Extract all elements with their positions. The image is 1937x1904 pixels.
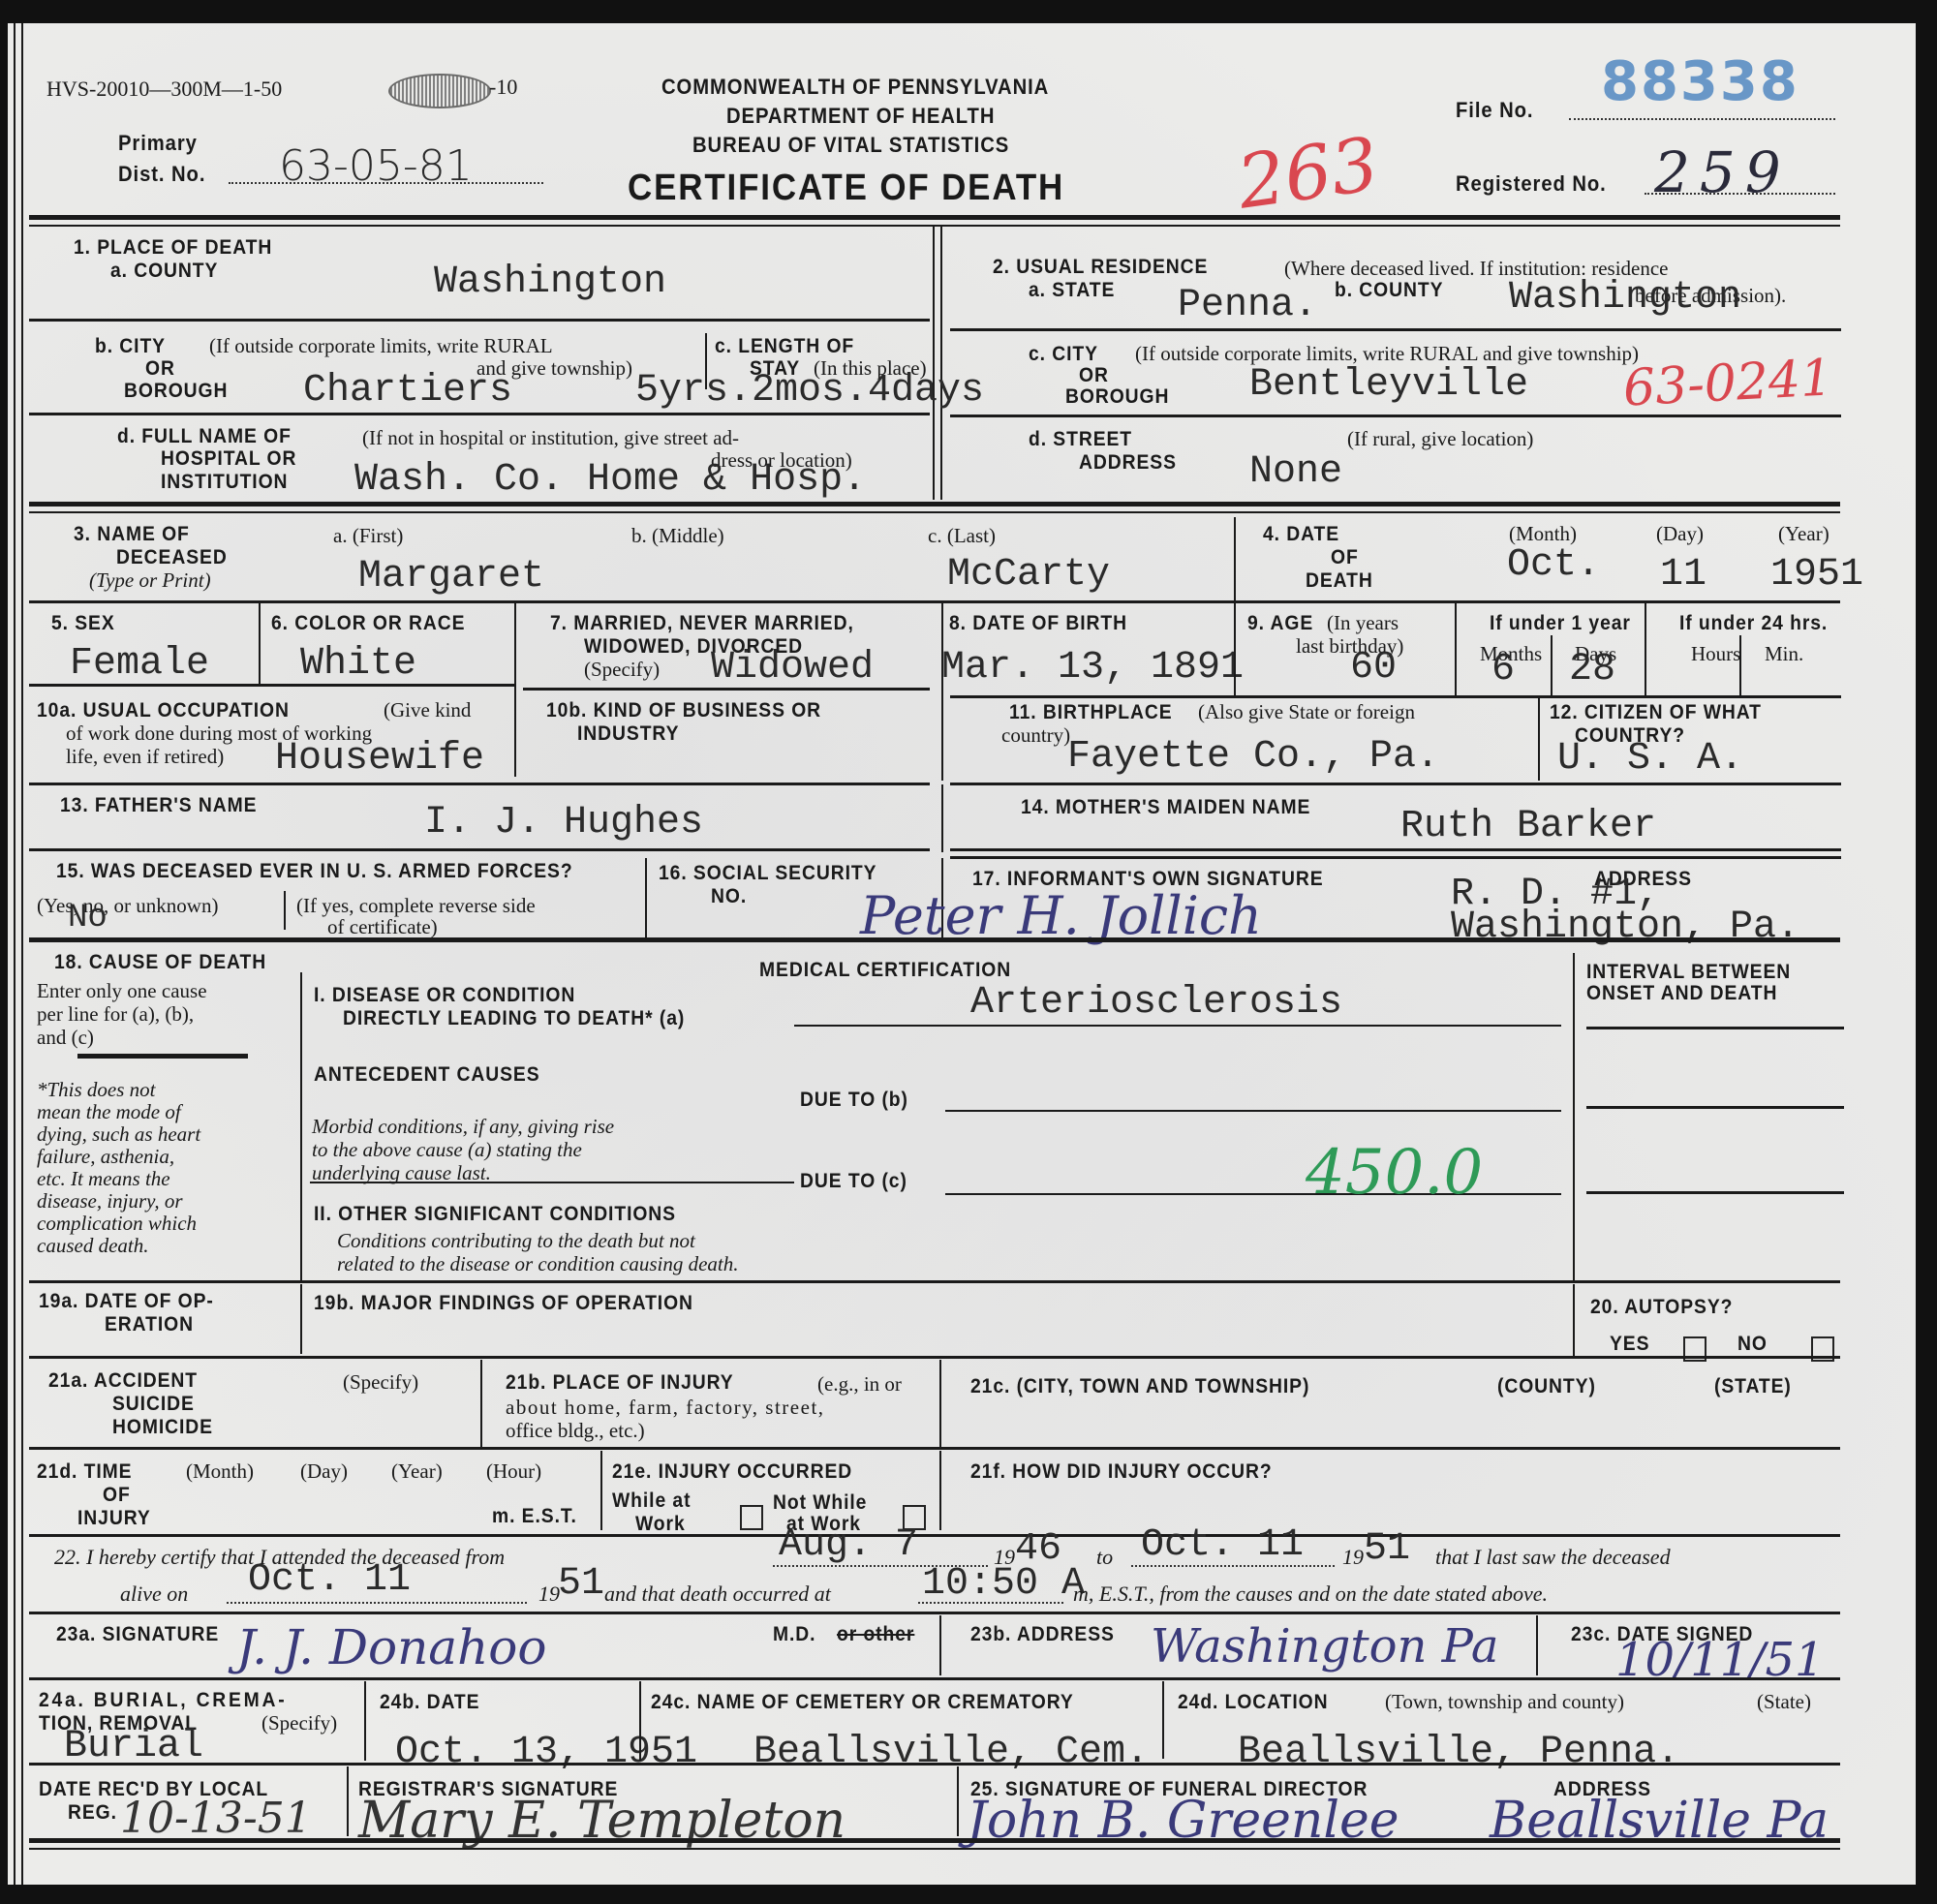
dod-year-label: (Year) — [1778, 523, 1829, 545]
occupation-note: (Give kind — [384, 699, 471, 722]
dist-no-label: Dist. No. — [118, 163, 205, 185]
attended-to-date: Oct. 11 — [1141, 1524, 1304, 1567]
file-no-stamp: 88338 — [1601, 50, 1799, 113]
first-name-value: Margaret — [358, 556, 544, 599]
cause-instr-1: Enter only one cause — [37, 980, 207, 1002]
part2-note-1: Conditions contributing to the death but… — [337, 1230, 695, 1252]
cert-19-c: 19 — [538, 1582, 560, 1605]
father-label: 13. FATHER'S NAME — [60, 794, 257, 816]
months-value: 6 — [1491, 649, 1515, 691]
footnote-line: dying, such as heart — [37, 1123, 200, 1146]
attended-to-year: 51 — [1364, 1528, 1410, 1571]
interval-b-line — [1586, 1106, 1844, 1109]
certificate-paper: HVS-20010—300M—1-50 -10 COMMONWEALTH OF … — [8, 23, 1916, 1885]
under-24-hrs-label: If under 24 hrs. — [1679, 612, 1828, 634]
cemetery-value: Beallsville, Cem. — [753, 1732, 1149, 1774]
birthplace-note: (Also give State or foreign — [1198, 701, 1415, 723]
divider — [1234, 602, 1236, 695]
left-border-inner — [21, 23, 23, 1885]
res-state-value: Penna. — [1178, 285, 1317, 327]
deceased-label: DECEASED — [116, 546, 228, 568]
registered-no-value: 259 — [1654, 139, 1791, 205]
injury-month-label: (Month) — [186, 1460, 254, 1483]
footnote-line: disease, injury, or — [37, 1190, 183, 1213]
name-label: 3. NAME OF — [74, 523, 190, 545]
res-city-note: (If outside corporate limits, write RURA… — [1135, 343, 1639, 365]
form-code: HVS-20010—300M—1-50 — [46, 77, 282, 100]
cause-instr-3: and (c) — [37, 1027, 94, 1049]
union-label-icon — [388, 74, 491, 108]
morbid-note-2: to the above cause (a) stating the — [312, 1139, 582, 1161]
divider — [300, 1284, 302, 1354]
dod-death-label: DEATH — [1306, 569, 1373, 592]
agency-line-1: COMMONWEALTH OF PENNSYLVANIA — [661, 76, 1049, 98]
race-label: 6. COLOR OR RACE — [271, 612, 465, 634]
length-of-stay-label: c. LENGTH OF — [715, 335, 854, 357]
file-no-label: File No. — [1456, 99, 1533, 121]
not-while-work-label: Not While — [773, 1491, 867, 1514]
length-of-stay-value: 5yrs.2mos.4days — [635, 370, 984, 413]
burial-date-value: Oct. 13, 1951 — [395, 1732, 697, 1774]
op-findings-label: 19b. MAJOR FINDINGS OF OPERATION — [314, 1292, 693, 1314]
father-value: I. J. Hughes — [424, 802, 703, 845]
rule — [29, 1763, 1840, 1766]
work-label: Work — [635, 1513, 686, 1535]
divider — [1536, 1615, 1538, 1675]
occupation-label: 10a. USUAL OCCUPATION — [37, 699, 290, 722]
cert-alive-on: alive on — [120, 1582, 188, 1605]
burial-specify: (Specify) — [261, 1712, 337, 1735]
dod-month-value: Oct. — [1507, 544, 1600, 587]
rule — [29, 1280, 1840, 1283]
morbid-note-1: Morbid conditions, if any, giving rise — [312, 1116, 614, 1138]
institution-label: INSTITUTION — [161, 471, 288, 493]
dod-of-label: OF — [1331, 546, 1359, 568]
injury-label: INJURY — [77, 1507, 151, 1529]
rule — [29, 1356, 1840, 1359]
hospital-or-label: HOSPITAL OR — [161, 447, 296, 470]
cert-death-occurred: and that death occurred at — [604, 1582, 831, 1605]
rule — [310, 1182, 794, 1183]
accident-specify: (Specify) — [343, 1371, 418, 1394]
divider — [347, 1766, 349, 1836]
cemetery-label: 24c. NAME OF CEMETERY OR CREMATORY — [651, 1691, 1074, 1713]
res-county-value: Washington — [1509, 277, 1741, 320]
location-state-label: (State) — [1757, 1691, 1811, 1713]
res-state-label: a. STATE — [1029, 279, 1115, 301]
green-code-annotation: 450.0 — [1306, 1137, 1483, 1209]
rule — [950, 415, 1841, 417]
divider — [514, 602, 516, 777]
agency-line-2: DEPARTMENT OF HEALTH — [726, 105, 995, 127]
injury-hour-label: (Hour) — [486, 1460, 541, 1483]
age-value: 60 — [1350, 647, 1397, 690]
physician-signature-label: 23a. SIGNATURE — [56, 1623, 219, 1645]
place-of-injury-note-3: office bldg., etc.) — [506, 1420, 645, 1442]
res-county-label: b. COUNTY — [1335, 279, 1443, 301]
rule — [77, 1054, 248, 1059]
hospital-value: Wash. Co. Home & Hosp. — [354, 459, 866, 502]
dod-day-label: (Day) — [1656, 523, 1704, 545]
first-name-label: a. (First) — [333, 525, 403, 547]
res-street-value: None — [1249, 451, 1342, 494]
time-of-injury-label: 21d. TIME — [37, 1460, 132, 1483]
ssn-no-label: NO. — [711, 885, 747, 907]
cause-title: 18. CAUSE OF DEATH — [54, 951, 266, 973]
footnote-line: etc. It means the — [37, 1168, 170, 1190]
injury-state-label: (STATE) — [1714, 1375, 1792, 1397]
under-1-year-label: If under 1 year — [1490, 612, 1631, 634]
footnote-line: failure, asthenia, — [37, 1146, 174, 1168]
birthplace-label: 11. BIRTHPLACE — [1009, 701, 1173, 723]
part1-label: I. DISEASE OR CONDITION — [314, 984, 575, 1006]
divider — [1455, 602, 1457, 695]
pod-county-value: Washington — [434, 261, 666, 304]
citizen-label: 12. CITIZEN OF WHAT — [1550, 701, 1762, 723]
divider — [1739, 635, 1741, 695]
res-street-note: (If rural, give location) — [1347, 428, 1533, 450]
res-city-label: c. CITY — [1029, 343, 1098, 365]
industry-label: INDUSTRY — [577, 722, 679, 745]
age-note: (In years — [1327, 612, 1399, 634]
rule — [950, 783, 1841, 785]
footnote-line: mean the mode of — [37, 1101, 181, 1123]
md-label: M.D. — [773, 1623, 815, 1645]
pod-city-value: Chartiers — [303, 370, 512, 413]
rule — [29, 684, 515, 687]
rule — [29, 1534, 1840, 1537]
cert-text-1b: that I last saw the deceased — [1435, 1546, 1671, 1568]
alive-on-year: 51 — [558, 1563, 604, 1606]
last-name-label: c. (Last) — [928, 525, 996, 547]
rule — [950, 856, 1841, 859]
cause-instr-2: per line for (a), (b), — [37, 1003, 194, 1026]
divider — [1551, 635, 1553, 695]
place-of-death-title: 1. PLACE OF DEATH — [74, 236, 272, 259]
divider-1-2 — [933, 227, 935, 500]
bottom-rule — [29, 1838, 1840, 1843]
pod-city-or: OR — [145, 357, 175, 380]
autopsy-no-label: NO — [1737, 1333, 1768, 1355]
header-rule-2 — [29, 225, 1840, 227]
divider — [939, 1451, 941, 1530]
usual-residence-title: 2. USUAL RESIDENCE — [993, 256, 1208, 278]
marital-value: Widowed — [711, 647, 874, 690]
rule — [29, 783, 930, 785]
divider — [1162, 1681, 1164, 1759]
rule — [29, 1677, 1840, 1680]
location-label: 24d. LOCATION — [1178, 1691, 1328, 1713]
pod-borough-label: BOROUGH — [124, 380, 228, 402]
dod-label: 4. DATE — [1263, 523, 1339, 545]
divider — [1573, 953, 1575, 1282]
section-rule — [29, 937, 1840, 942]
divider — [600, 1451, 602, 1530]
injury-county-label: (COUNTY) — [1497, 1375, 1596, 1397]
registered-no-label: Registered No. — [1456, 172, 1607, 195]
page-title: CERTIFICATE OF DEATH — [628, 169, 1064, 207]
armed-note-2: (If yes, complete reverse side — [296, 895, 536, 917]
pod-county-label: a. COUNTY — [110, 260, 218, 282]
interval-label-2: ONSET AND DEATH — [1586, 982, 1777, 1004]
homicide-label: HOMICIDE — [112, 1416, 213, 1438]
injury-occurred-label: 21e. INJURY OCCURRED — [612, 1460, 852, 1483]
while-at-work-checkbox[interactable] — [740, 1505, 763, 1530]
header-rule — [29, 215, 1840, 220]
rule — [29, 413, 930, 415]
place-of-injury-label: 21b. PLACE OF INJURY — [506, 1371, 734, 1394]
hours-label: Hours — [1691, 643, 1740, 665]
rule — [29, 600, 1840, 603]
est-label: m. E.S.T. — [492, 1505, 577, 1527]
accident-label: 21a. ACCIDENT — [48, 1369, 198, 1392]
date-received-reg-label: REG. — [68, 1801, 117, 1824]
rule — [523, 688, 930, 691]
antecedent-label: ANTECEDENT CAUSES — [314, 1063, 540, 1086]
agency-line-3: BUREAU OF VITAL STATISTICS — [692, 134, 1009, 156]
divider — [645, 858, 647, 941]
divider — [957, 1766, 959, 1836]
how-injury-label: 21f. HOW DID INJURY OCCUR? — [970, 1460, 1273, 1483]
rule — [29, 1612, 1840, 1614]
res-city-value: Bentleyville — [1249, 364, 1528, 407]
burial-method-label: 24a. BURIAL, CREMA- — [39, 1689, 287, 1711]
divider-1-2b — [940, 227, 942, 500]
burial-date-label: 24b. DATE — [380, 1691, 479, 1713]
cause-a-line — [794, 1025, 1561, 1027]
res-street-label: d. STREET — [1029, 428, 1132, 450]
dots — [227, 1602, 527, 1604]
interval-c-line — [1586, 1191, 1844, 1194]
hospital-note: (If not in hospital or institution, give… — [362, 427, 739, 449]
pod-city-label: b. CITY — [95, 335, 166, 357]
dob-value: Mar. 13, 1891 — [941, 647, 1244, 690]
type-or-print-label: (Type or Print) — [89, 569, 211, 592]
interval-a-line — [1586, 1027, 1844, 1029]
age-label: 9. AGE — [1247, 612, 1313, 634]
res-address-label: ADDRESS — [1079, 451, 1177, 474]
due-c-label: DUE TO (c) — [800, 1170, 907, 1192]
section-rule — [29, 502, 1840, 507]
medical-cert-label: MEDICAL CERTIFICATION — [759, 959, 1011, 981]
rule — [950, 848, 1841, 851]
cert-text-2c: m, E.S.T., from the causes and on the da… — [1073, 1582, 1548, 1605]
business-label: 10b. KIND OF BUSINESS OR — [546, 699, 821, 722]
race-value: White — [300, 643, 416, 686]
op-date-label-2: ERATION — [105, 1313, 194, 1336]
autopsy-yes-label: YES — [1610, 1333, 1649, 1355]
sex-value: Female — [70, 643, 209, 686]
divider — [284, 891, 286, 930]
mother-label: 14. MOTHER'S MAIDEN NAME — [1021, 796, 1310, 818]
rule — [29, 1447, 1840, 1450]
birthplace-value: Fayette Co., Pa. — [1067, 736, 1439, 779]
or-other-label: or other — [837, 1623, 914, 1645]
armed-note-3: of certificate) — [327, 916, 438, 938]
divider — [1538, 695, 1540, 781]
res-city-or: OR — [1079, 364, 1109, 386]
dod-year-value: 1951 — [1770, 554, 1863, 597]
bottom-rule-2 — [29, 1848, 1840, 1850]
time-of-death: 10:50 A — [922, 1563, 1085, 1606]
left-border — [14, 23, 15, 1885]
footnote-line: *This does not — [37, 1079, 156, 1101]
autopsy-label: 20. AUTOPSY? — [1590, 1296, 1733, 1318]
pod-city-note: (If outside corporate limits, write RURA… — [209, 335, 553, 357]
hospital-label: d. FULL NAME OF — [117, 425, 292, 447]
cert-to: to — [1096, 1546, 1113, 1568]
divider — [941, 784, 943, 852]
section-rule — [29, 511, 1840, 513]
rule — [950, 328, 1841, 331]
days-value: 28 — [1569, 649, 1615, 691]
red-annotation-263: 263 — [1233, 120, 1384, 225]
footnote-line: complication which — [37, 1213, 197, 1235]
res-borough-label: BOROUGH — [1065, 385, 1169, 408]
divider — [939, 1360, 941, 1447]
armed-forces-value: No — [68, 897, 108, 939]
due-b-label: DUE TO (b) — [800, 1089, 908, 1111]
armed-forces-label: 15. WAS DECEASED EVER IN U. S. ARMED FOR… — [56, 860, 573, 882]
place-of-injury-note: (e.g., in or — [817, 1373, 902, 1396]
divider — [941, 695, 943, 781]
divider — [639, 1681, 641, 1761]
last-name-value: McCarty — [947, 554, 1110, 597]
physician-address-label: 23b. ADDRESS — [970, 1623, 1115, 1645]
place-of-injury-note-2: about home, farm, factory, street, — [506, 1397, 825, 1419]
dob-label: 8. DATE OF BIRTH — [949, 612, 1127, 634]
time-of-label: OF — [103, 1484, 131, 1506]
injury-day-label: (Day) — [300, 1460, 348, 1483]
part2-label: II. OTHER SIGNIFICANT CONDITIONS — [314, 1203, 676, 1225]
divider — [364, 1681, 366, 1761]
injury-year-label: (Year) — [391, 1460, 443, 1483]
divider — [1645, 602, 1646, 695]
red-code-annotation: 63-0241 — [1622, 349, 1834, 417]
location-note: (Town, township and county) — [1385, 1691, 1624, 1713]
cause-b-line — [945, 1110, 1561, 1112]
sex-label: 5. SEX — [51, 612, 115, 634]
divider — [1234, 517, 1236, 600]
divider — [939, 1615, 941, 1675]
rule — [29, 848, 930, 851]
union-suffix: -10 — [489, 76, 517, 98]
dist-no-value: 63-05-81 — [279, 141, 473, 191]
cert-19-b: 19 — [1342, 1546, 1364, 1568]
interval-label: INTERVAL BETWEEN — [1586, 961, 1791, 983]
op-date-label: 19a. DATE OF OP- — [39, 1290, 214, 1312]
marital-specify: (Specify) — [584, 659, 660, 681]
injury-city-label: 21c. (CITY, TOWN AND TOWNSHIP) — [970, 1375, 1309, 1397]
informant-address-2: Washington, Pa. — [1451, 906, 1799, 949]
divider — [1573, 1284, 1575, 1356]
suicide-label: SUICIDE — [112, 1393, 195, 1415]
occupation-value: Housewife — [275, 738, 484, 781]
divider — [259, 602, 261, 684]
while-at-work-label: While at — [612, 1489, 691, 1512]
rule — [29, 319, 930, 322]
cause-a-value: Arteriosclerosis — [970, 982, 1342, 1025]
physician-signature: J. J. Donahoo — [236, 1619, 547, 1675]
rule — [950, 695, 1841, 698]
occupation-note-3: life, even if retired) — [66, 746, 224, 768]
divider — [300, 972, 302, 1282]
middle-name-label: b. (Middle) — [631, 525, 724, 547]
attended-from-date: Aug. 7 — [779, 1524, 918, 1567]
location-value: Beallsville, Penna. — [1238, 1732, 1679, 1774]
dod-day-value: 11 — [1660, 554, 1706, 597]
mother-value: Ruth Barker — [1400, 806, 1656, 848]
divider — [480, 1360, 482, 1447]
min-label: Min. — [1765, 643, 1803, 665]
file-no-line — [1569, 118, 1835, 120]
physician-address-signature: Washington Pa — [1151, 1619, 1498, 1674]
marital-label: 7. MARRIED, NEVER MARRIED, — [550, 612, 854, 634]
primary-label: Primary — [118, 132, 198, 154]
dod-month-label: (Month) — [1509, 523, 1577, 545]
citizen-value: U. S. A. — [1557, 738, 1743, 781]
part1-label-2: DIRECTLY LEADING TO DEATH* (a) — [343, 1007, 685, 1029]
part2-note-2: related to the disease or condition caus… — [337, 1253, 739, 1275]
birthplace-note-2: country) — [1001, 724, 1070, 747]
date-received-value: 10-13-51 — [120, 1794, 312, 1843]
footnote-line: caused death. — [37, 1235, 148, 1257]
ssn-label: 16. SOCIAL SECURITY — [659, 862, 876, 884]
armed-note: (Yes, no, or unknown) — [37, 895, 218, 917]
alive-on-date: Oct. 11 — [248, 1559, 411, 1602]
